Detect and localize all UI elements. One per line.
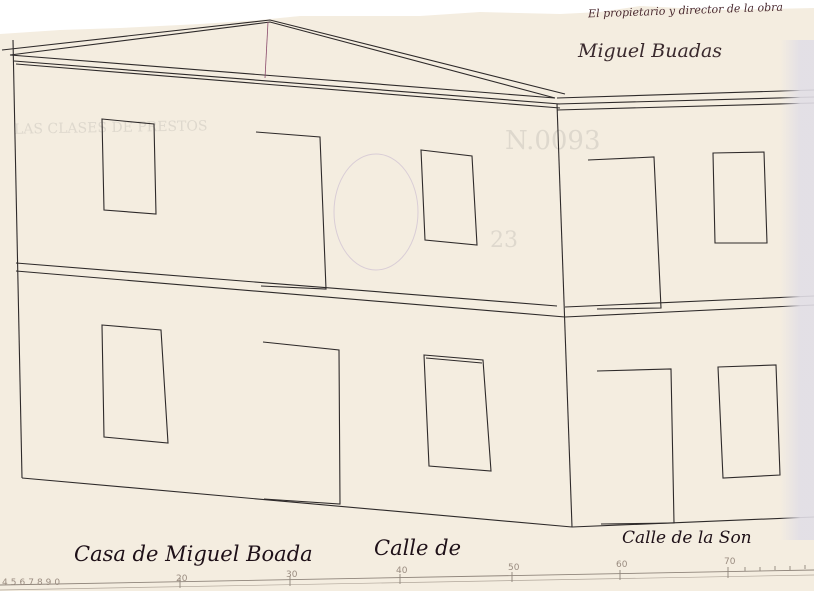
- ground-line-right: [572, 517, 814, 527]
- scan-shadow-edge: [780, 40, 814, 540]
- scale-small-ticks: 4567890: [2, 578, 63, 588]
- ground-line-left: [22, 478, 572, 527]
- scale-tick-label: 8: [37, 578, 46, 588]
- floor-band-left-2: [16, 271, 565, 317]
- floor-band-right-1: [565, 296, 814, 307]
- scanned-drawing-page: LAS CLASES DE PRESTOS N.0093 23: [0, 0, 814, 591]
- caption-street-right: Calle de la Son: [622, 528, 752, 548]
- right-cornice-1: [557, 90, 814, 98]
- scale-tick-label: 6: [19, 578, 28, 588]
- scale-label-30: 30: [286, 570, 297, 580]
- window-upper-2: [421, 150, 477, 245]
- scale-label-60: 60: [616, 560, 627, 570]
- pediment-outer: [2, 20, 565, 94]
- pediment-inner: [10, 22, 555, 98]
- caption-street-left: Calle de: [374, 536, 461, 560]
- scale-label-20: 20: [176, 574, 187, 584]
- door-lower-1: [263, 342, 340, 504]
- scale-label-70: 70: [724, 557, 735, 567]
- right-cornice-2: [557, 97, 814, 104]
- pediment-base-2: [14, 61, 560, 104]
- left-wall-edge: [13, 40, 22, 478]
- right-cornice-3: [557, 103, 814, 110]
- scale-label-50: 50: [508, 563, 519, 573]
- pediment-center-line: [265, 22, 268, 78]
- caption-house: Casa de Miguel Boada: [74, 542, 313, 566]
- window-upper-3: [713, 152, 767, 243]
- window-lower-2: [424, 355, 491, 471]
- window-upper-1: [102, 119, 156, 214]
- door-lower-2: [597, 369, 674, 524]
- signature: Miguel Buadas: [578, 40, 722, 62]
- door-upper-2: [588, 157, 661, 309]
- scale-bar-ticks: [180, 565, 805, 588]
- scale-tick-label: 7: [28, 578, 37, 588]
- door-upper-1: [256, 132, 326, 289]
- scale-label-40: 40: [396, 566, 407, 576]
- scale-tick-label: 4: [2, 578, 11, 588]
- window-lower-1: [102, 325, 168, 443]
- scale-tick-label: 0: [54, 578, 63, 588]
- floor-band-left-1: [16, 263, 557, 306]
- window-lower-3: [718, 365, 780, 478]
- facade-elevation-drawing: [0, 0, 814, 591]
- floor-band-right-2: [565, 305, 814, 317]
- cornice-line: [16, 64, 560, 108]
- corner-edge: [557, 104, 572, 527]
- faded-seal: [334, 154, 418, 270]
